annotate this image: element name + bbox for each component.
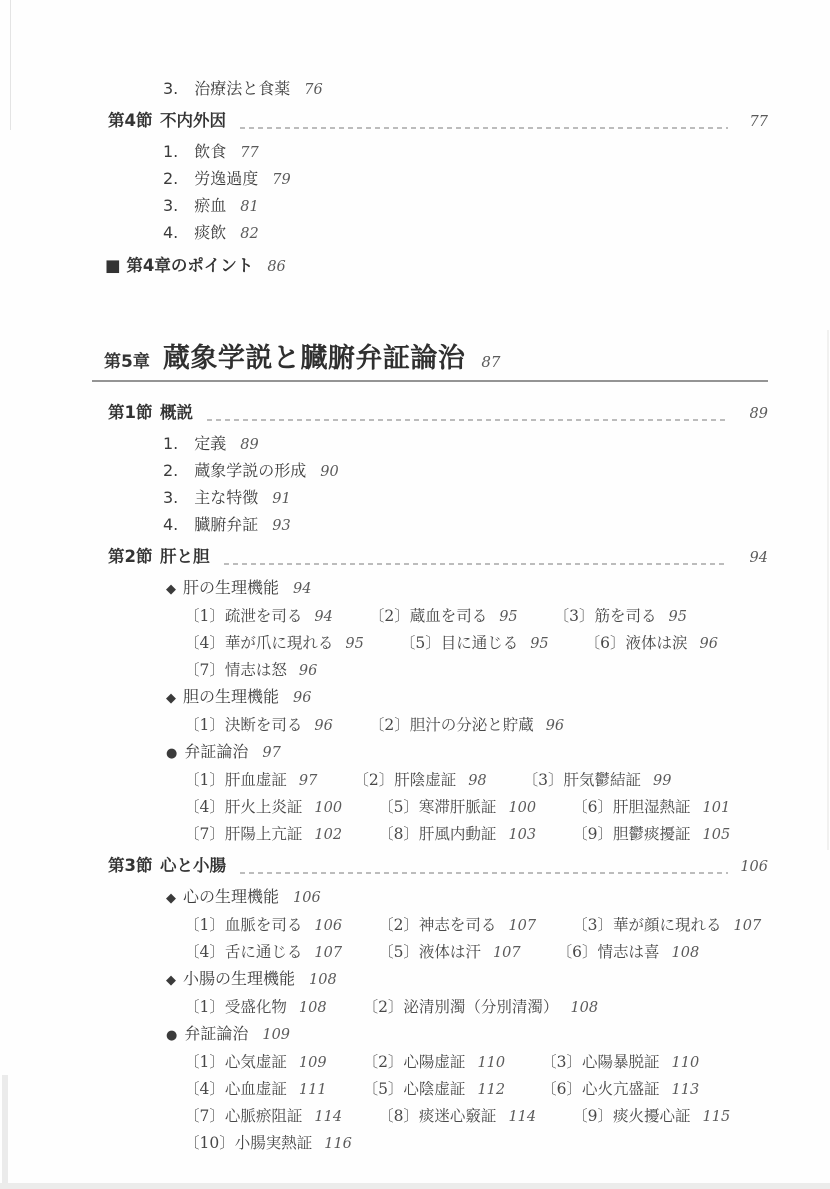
toc-subitem: 〔4〕心血虚証111 bbox=[184, 1080, 327, 1098]
page-number: 96 bbox=[293, 690, 311, 706]
page-number: 77 bbox=[240, 145, 258, 161]
group-title: 小腸の生理機能 bbox=[183, 969, 295, 988]
toc-subitem: 〔2〕肝陰虚証98 bbox=[353, 771, 486, 789]
page-number: 81 bbox=[240, 199, 258, 215]
item-text: 4. 痰飲 bbox=[163, 223, 226, 242]
subitem-text: 〔7〕情志は怒 bbox=[184, 661, 287, 679]
page-number: 107 bbox=[508, 918, 536, 934]
page-number: 86 bbox=[267, 259, 285, 275]
item-text: 3. 瘀血 bbox=[163, 196, 226, 215]
subitem-text: 〔6〕肝胆湿熱証 bbox=[572, 798, 690, 816]
toc-group-row: ◆肝の生理機能94 bbox=[166, 575, 768, 603]
item-text: 3. 主な特徴 bbox=[163, 488, 258, 507]
page-number: 93 bbox=[272, 518, 290, 534]
page-number: 106 bbox=[314, 918, 342, 934]
subitem-text: 〔1〕決断を司る bbox=[184, 716, 302, 734]
page-number: 101 bbox=[703, 800, 731, 816]
toc-subitem: 〔1〕受盛化物108 bbox=[184, 998, 327, 1016]
toc-subitem: 〔3〕心陽暴脱証110 bbox=[541, 1053, 699, 1071]
page-number: 107 bbox=[314, 945, 342, 961]
toc-item-row: 1. 飲食77 bbox=[163, 139, 768, 166]
subitem-text: 〔2〕肝陰虚証 bbox=[353, 771, 456, 789]
toc-item-row: 4. 痰飲82 bbox=[163, 220, 768, 247]
subitem-text: 〔8〕痰迷心竅証 bbox=[378, 1107, 496, 1125]
toc-subitem-row: 〔1〕決断を司る96〔2〕胆汁の分泌と貯蔵96 bbox=[184, 712, 768, 739]
chapter-title: 蔵象学説と臓腑弁証論治 bbox=[163, 342, 466, 376]
toc-item-row: 3. 主な特徴91 bbox=[163, 485, 768, 512]
page-number: 108 bbox=[672, 945, 700, 961]
page-number: 105 bbox=[703, 827, 731, 843]
toc-subitem: 〔6〕肝胆湿熱証101 bbox=[572, 798, 730, 816]
page-number: 116 bbox=[324, 1136, 352, 1152]
page-number: 114 bbox=[508, 1109, 536, 1125]
subitem-text: 〔8〕肝風内動証 bbox=[378, 825, 496, 843]
toc-subitem: 〔6〕情志は喜108 bbox=[557, 943, 700, 961]
scan-artifact-bottom-band bbox=[0, 1183, 830, 1189]
page-number: 98 bbox=[468, 773, 486, 789]
toc-subitem-row: 〔7〕情志は怒96 bbox=[184, 657, 768, 684]
page-number: 95 bbox=[499, 609, 517, 625]
section-page-number: 106 bbox=[738, 854, 768, 880]
page-number: 110 bbox=[477, 1055, 505, 1071]
toc-item-row: 3. 治療法と食薬76 bbox=[163, 76, 768, 103]
subitem-text: 〔4〕心血虚証 bbox=[184, 1080, 287, 1098]
toc-subitem: 〔5〕目に通じる95 bbox=[400, 634, 549, 652]
page-number: 106 bbox=[293, 890, 321, 906]
page-number: 100 bbox=[314, 800, 342, 816]
toc-subitem: 〔1〕血脈を司る106 bbox=[184, 916, 342, 934]
toc-item-row: 2. 蔵象学説の形成90 bbox=[163, 458, 768, 485]
subitem-text: 〔3〕筋を司る bbox=[554, 607, 657, 625]
item-text: 2. 労逸過度 bbox=[163, 169, 258, 188]
subitem-text: 〔6〕情志は喜 bbox=[557, 943, 660, 961]
chapter-point-row: ■ 第4章のポイント86 bbox=[105, 253, 768, 280]
subitem-text: 〔3〕華が顔に現れる bbox=[572, 916, 721, 934]
page-number: 91 bbox=[272, 491, 290, 507]
chapter-heading: 第5章蔵象学説と臓腑弁証論治87 bbox=[108, 342, 768, 382]
page-number: 89 bbox=[240, 437, 258, 453]
page-number: 109 bbox=[299, 1055, 327, 1071]
toc-subitem: 〔7〕心脈瘀阻証114 bbox=[184, 1107, 342, 1125]
toc-subitem: 〔5〕寒滞肝脈証100 bbox=[378, 798, 536, 816]
chapter-label: 第5章 bbox=[104, 345, 150, 379]
subitem-text: 〔9〕痰火擾心証 bbox=[572, 1107, 690, 1125]
toc-subitem: 〔4〕舌に通じる107 bbox=[184, 943, 342, 961]
scan-artifact-right-line bbox=[827, 330, 829, 850]
toc-subitem-row: 〔7〕心脈瘀阻証114〔8〕痰迷心竅証114〔9〕痰火擾心証115 bbox=[184, 1103, 768, 1130]
subitem-text: 〔1〕肝血虚証 bbox=[184, 771, 287, 789]
page-number: 108 bbox=[299, 1000, 327, 1016]
group-title: 弁証論治 bbox=[184, 1024, 248, 1043]
page-number: 90 bbox=[320, 464, 338, 480]
toc-subitem: 〔2〕神志を司る107 bbox=[378, 916, 536, 934]
group-marker-icon: ◆ bbox=[166, 691, 176, 706]
leader-dashes bbox=[240, 872, 728, 874]
group-title: 弁証論治 bbox=[184, 742, 248, 761]
group-title: 胆の生理機能 bbox=[183, 687, 279, 706]
toc-subitem: 〔2〕胆汁の分泌と貯蔵96 bbox=[369, 716, 564, 734]
toc-section-row: 第2節肝と胆94 bbox=[108, 544, 768, 571]
subitem-text: 〔1〕受盛化物 bbox=[184, 998, 287, 1016]
page-number: 114 bbox=[314, 1109, 342, 1125]
page-number: 107 bbox=[493, 945, 521, 961]
page-number: 97 bbox=[262, 745, 280, 761]
group-marker-icon: ● bbox=[166, 1028, 177, 1043]
subitem-text: 〔5〕液体は汗 bbox=[378, 943, 481, 961]
section-label: 第1節 bbox=[108, 400, 160, 426]
item-text: 1. 飲食 bbox=[163, 142, 226, 161]
subitem-text: 〔5〕心陰虚証 bbox=[363, 1080, 466, 1098]
scanned-toc-page: 3. 治療法と食薬76第4節不内外因771. 飲食772. 労逸過度793. 瘀… bbox=[0, 0, 830, 1189]
subitem-text: 〔6〕心火亢盛証 bbox=[541, 1080, 659, 1098]
page-number: 99 bbox=[653, 773, 671, 789]
page-number: 108 bbox=[309, 972, 337, 988]
page-number: 95 bbox=[669, 609, 687, 625]
toc-subitem: 〔9〕胆鬱痰擾証105 bbox=[572, 825, 730, 843]
item-text: 2. 蔵象学説の形成 bbox=[163, 461, 306, 480]
toc-section-row: 第1節概説89 bbox=[108, 400, 768, 427]
subitem-text: 〔1〕疏泄を司る bbox=[184, 607, 302, 625]
page-number: 112 bbox=[477, 1082, 505, 1098]
toc-list: 3. 治療法と食薬76第4節不内外因771. 飲食772. 労逸過度793. 瘀… bbox=[0, 0, 830, 1157]
page-number: 96 bbox=[546, 718, 564, 734]
toc-subitem: 〔4〕華が爪に現れる95 bbox=[184, 634, 364, 652]
subitem-text: 〔7〕心脈瘀阻証 bbox=[184, 1107, 302, 1125]
toc-group-row: ●弁証論治109 bbox=[166, 1021, 768, 1049]
page-number: 95 bbox=[345, 636, 363, 652]
leader-dashes bbox=[207, 419, 728, 421]
page-number: 95 bbox=[530, 636, 548, 652]
section-page-number: 77 bbox=[738, 109, 768, 135]
toc-subitem: 〔4〕肝火上炎証100 bbox=[184, 798, 342, 816]
toc-group-row: ◆胆の生理機能96 bbox=[166, 684, 768, 712]
subitem-text: 〔3〕心陽暴脱証 bbox=[541, 1053, 659, 1071]
subitem-text: 〔1〕心気虚証 bbox=[184, 1053, 287, 1071]
subitem-text: 〔2〕胆汁の分泌と貯蔵 bbox=[369, 716, 534, 734]
page-number: 94 bbox=[293, 581, 311, 597]
toc-item-row: 4. 臓腑弁証93 bbox=[163, 512, 768, 539]
subitem-text: 〔4〕舌に通じる bbox=[184, 943, 302, 961]
toc-item-row: 2. 労逸過度79 bbox=[163, 166, 768, 193]
toc-subitem: 〔1〕疏泄を司る94 bbox=[184, 607, 333, 625]
toc-subitem: 〔9〕痰火擾心証115 bbox=[572, 1107, 730, 1125]
toc-subitem: 〔3〕筋を司る95 bbox=[554, 607, 687, 625]
toc-subitem: 〔10〕小腸実熱証116 bbox=[184, 1134, 352, 1152]
subitem-text: 〔4〕華が爪に現れる bbox=[184, 634, 333, 652]
subitem-text: 〔3〕肝気鬱結証 bbox=[523, 771, 641, 789]
item-text: 3. 治療法と食薬 bbox=[163, 79, 290, 98]
scan-artifact-top-line bbox=[10, 0, 11, 130]
group-marker-icon: ◆ bbox=[166, 973, 176, 988]
chapter-underline bbox=[92, 380, 768, 382]
section-label: 第3節 bbox=[108, 853, 160, 879]
toc-subitem: 〔2〕心陽虚証110 bbox=[363, 1053, 506, 1071]
leader-dashes bbox=[240, 127, 728, 129]
group-marker-icon: ◆ bbox=[166, 582, 176, 597]
toc-subitem-row: 〔1〕血脈を司る106〔2〕神志を司る107〔3〕華が顔に現れる107 bbox=[184, 912, 768, 939]
section-label: 第4節 bbox=[108, 108, 160, 134]
toc-subitem-row: 〔4〕華が爪に現れる95〔5〕目に通じる95〔6〕液体は涙96 bbox=[184, 630, 768, 657]
page-number: 97 bbox=[299, 773, 317, 789]
subitem-text: 〔2〕泌清別濁（分別清濁） bbox=[363, 998, 559, 1016]
section-title: 概説 bbox=[160, 400, 193, 426]
toc-subitem: 〔5〕液体は汗107 bbox=[378, 943, 521, 961]
subitem-text: 〔4〕肝火上炎証 bbox=[184, 798, 302, 816]
toc-subitem: 〔6〕液体は涙96 bbox=[585, 634, 718, 652]
page-number: 115 bbox=[703, 1109, 731, 1125]
leader-dashes bbox=[224, 563, 729, 565]
toc-subitem: 〔7〕情志は怒96 bbox=[184, 661, 317, 679]
section-page-number: 89 bbox=[738, 401, 768, 427]
subitem-text: 〔2〕心陽虚証 bbox=[363, 1053, 466, 1071]
toc-subitem-row: 〔1〕心気虚証109〔2〕心陽虚証110〔3〕心陽暴脱証110 bbox=[184, 1049, 768, 1076]
subitem-text: 〔1〕血脈を司る bbox=[184, 916, 302, 934]
page-number: 96 bbox=[314, 718, 332, 734]
subitem-text: 〔9〕胆鬱痰擾証 bbox=[572, 825, 690, 843]
toc-subitem-row: 〔10〕小腸実熱証116 bbox=[184, 1130, 768, 1157]
section-title: 心と小腸 bbox=[160, 853, 226, 879]
toc-subitem: 〔8〕痰迷心竅証114 bbox=[378, 1107, 536, 1125]
section-label: 第2節 bbox=[108, 544, 160, 570]
toc-group-row: ●弁証論治97 bbox=[166, 739, 768, 767]
toc-subitem-row: 〔1〕受盛化物108〔2〕泌清別濁（分別清濁）108 bbox=[184, 994, 768, 1021]
subitem-text: 〔2〕蔵血を司る bbox=[369, 607, 487, 625]
point-text: ■ 第4章のポイント bbox=[105, 256, 253, 275]
page-number: 79 bbox=[272, 172, 290, 188]
toc-subitem-row: 〔4〕舌に通じる107〔5〕液体は汗107〔6〕情志は喜108 bbox=[184, 939, 768, 966]
toc-group-row: ◆心の生理機能106 bbox=[166, 884, 768, 912]
page-number: 107 bbox=[734, 918, 762, 934]
toc-section-row: 第3節心と小腸106 bbox=[108, 853, 768, 880]
page-number: 103 bbox=[508, 827, 536, 843]
group-title: 心の生理機能 bbox=[183, 887, 279, 906]
page-number: 94 bbox=[314, 609, 332, 625]
group-marker-icon: ◆ bbox=[166, 891, 176, 906]
subitem-text: 〔10〕小腸実熱証 bbox=[184, 1134, 312, 1152]
toc-subitem-row: 〔1〕疏泄を司る94〔2〕蔵血を司る95〔3〕筋を司る95 bbox=[184, 603, 768, 630]
page-number: 76 bbox=[304, 82, 322, 98]
subitem-text: 〔6〕液体は涙 bbox=[585, 634, 688, 652]
page-number: 108 bbox=[570, 1000, 598, 1016]
toc-subitem: 〔1〕決断を司る96 bbox=[184, 716, 333, 734]
group-marker-icon: ● bbox=[166, 746, 177, 761]
toc-subitem-row: 〔4〕肝火上炎証100〔5〕寒滞肝脈証100〔6〕肝胆湿熱証101 bbox=[184, 794, 768, 821]
page-number: 100 bbox=[508, 800, 536, 816]
subitem-text: 〔2〕神志を司る bbox=[378, 916, 496, 934]
toc-subitem: 〔3〕肝気鬱結証99 bbox=[523, 771, 672, 789]
toc-subitem: 〔2〕蔵血を司る95 bbox=[369, 607, 518, 625]
toc-subitem: 〔3〕華が顔に現れる107 bbox=[572, 916, 761, 934]
page-number: 110 bbox=[672, 1055, 700, 1071]
subitem-text: 〔5〕寒滞肝脈証 bbox=[378, 798, 496, 816]
page-number: 113 bbox=[672, 1082, 700, 1098]
toc-subitem: 〔2〕泌清別濁（分別清濁）108 bbox=[363, 998, 599, 1016]
toc-subitem: 〔7〕肝陽上亢証102 bbox=[184, 825, 342, 843]
page-number: 102 bbox=[314, 827, 342, 843]
toc-subitem: 〔8〕肝風内動証103 bbox=[378, 825, 536, 843]
toc-item-row: 3. 瘀血81 bbox=[163, 193, 768, 220]
page-number: 96 bbox=[700, 636, 718, 652]
item-text: 1. 定義 bbox=[163, 434, 226, 453]
page-number: 96 bbox=[299, 663, 317, 679]
toc-subitem: 〔6〕心火亢盛証113 bbox=[541, 1080, 699, 1098]
subitem-text: 〔5〕目に通じる bbox=[400, 634, 518, 652]
toc-subitem: 〔5〕心陰虚証112 bbox=[363, 1080, 506, 1098]
toc-group-row: ◆小腸の生理機能108 bbox=[166, 966, 768, 994]
subitem-text: 〔7〕肝陽上亢証 bbox=[184, 825, 302, 843]
scan-artifact-left-band bbox=[2, 1075, 8, 1189]
section-title: 肝と胆 bbox=[160, 544, 210, 570]
section-title: 不内外因 bbox=[160, 108, 226, 134]
toc-subitem-row: 〔1〕肝血虚証97〔2〕肝陰虚証98〔3〕肝気鬱結証99 bbox=[184, 767, 768, 794]
toc-subitem: 〔1〕肝血虚証97 bbox=[184, 771, 317, 789]
chapter-page-number: 87 bbox=[481, 345, 500, 379]
toc-subitem-row: 〔7〕肝陽上亢証102〔8〕肝風内動証103〔9〕胆鬱痰擾証105 bbox=[184, 821, 768, 848]
toc-section-row: 第4節不内外因77 bbox=[108, 108, 768, 135]
group-title: 肝の生理機能 bbox=[183, 578, 279, 597]
page-number: 82 bbox=[240, 226, 258, 242]
page-number: 111 bbox=[299, 1082, 327, 1098]
toc-item-row: 1. 定義89 bbox=[163, 431, 768, 458]
page-number: 109 bbox=[262, 1027, 290, 1043]
chapter-heading-line: 第5章蔵象学説と臓腑弁証論治87 bbox=[108, 342, 768, 379]
toc-subitem-row: 〔4〕心血虚証111〔5〕心陰虚証112〔6〕心火亢盛証113 bbox=[184, 1076, 768, 1103]
section-page-number: 94 bbox=[738, 545, 768, 571]
item-text: 4. 臓腑弁証 bbox=[163, 515, 258, 534]
toc-subitem: 〔1〕心気虚証109 bbox=[184, 1053, 327, 1071]
